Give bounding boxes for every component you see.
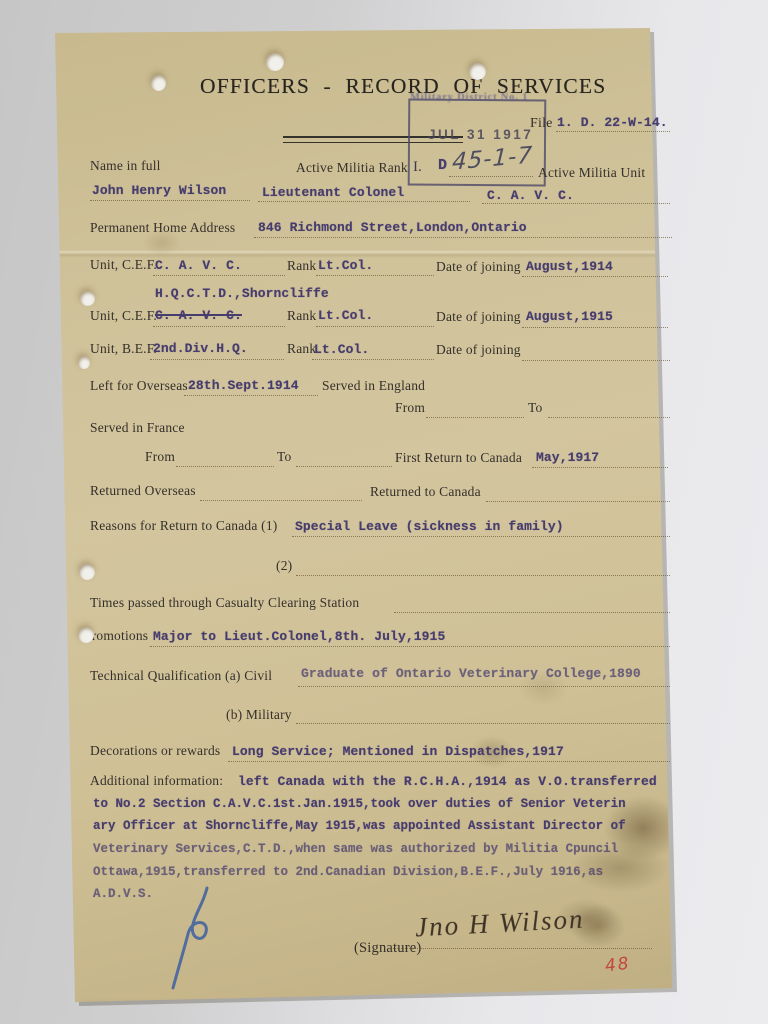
blue-ink-mark [165,882,225,994]
rank2-value: Lt.Col. [318,309,373,323]
dotted-line [298,685,670,687]
dotted-line [296,722,670,724]
qualification-military-label: (b) Military [226,708,292,723]
unit-label: Active Militia Unit [538,166,645,181]
stamp-prefix: I. [413,159,422,176]
dotted-line [153,274,285,276]
additional-line-3: ary Officer at Shorncliffe,May 1915,was … [93,820,626,834]
stamp-letter: D [438,158,447,175]
left-overseas-value: 28th.Sept.1914 [188,379,299,393]
punch-hole [151,75,166,91]
dotted-line [522,326,668,328]
additional-line-5: Ottawa,1915,transferred to 2nd.Canadian … [93,866,603,880]
left-overseas-label: Left for Overseas [90,379,188,394]
unit-cef1-label: Unit, C.E.F. [90,258,157,273]
unit-cef1-value: C. A. V. C. [155,259,242,273]
england-from-label: From [395,401,425,416]
dotted-line [388,947,652,949]
rank2-label: Rank [287,309,316,324]
dotted-line [449,175,533,177]
reasons-label-2: (2) [276,559,292,574]
punch-hole [80,291,95,306]
unit-cef2-value: C. A. V. C. [155,309,242,323]
dotted-line [522,275,668,277]
dotted-line [292,535,670,537]
name-label: Name in full [90,159,161,174]
dotted-line [200,499,362,501]
photo-background: OFFICERS - RECORD OF SERVICES Military D… [0,0,768,1024]
dotted-line [394,611,670,613]
additional-label: Additional information: [90,774,223,789]
dotted-line [486,500,670,502]
joining3-label: Date of joining [436,343,521,358]
first-return-label: First Return to Canada [395,451,522,466]
dotted-line [316,274,434,276]
address-value: 846 Richmond Street,London,Ontario [258,221,527,235]
dotted-line [176,465,274,467]
reasons-label: Reasons for Return to Canada (1) [90,519,277,534]
dotted-line [258,200,470,202]
page-number: 48 [604,954,632,977]
dotted-line [482,202,670,204]
handwritten-signature: Jno H Wilson [414,904,585,944]
served-france-label: Served in France [90,421,185,436]
dotted-line [296,574,670,576]
date-stamp: JUL 31 1917 [428,127,533,142]
page-title: OFFICERS - RECORD OF SERVICES [200,74,606,99]
first-return-value: May,1917 [536,451,599,465]
dotted-line [312,358,434,360]
additional-line-2: to No.2 Section C.A.V.C.1st.Jan.1915,too… [93,798,626,812]
qualification-label: Technical Qualification (a) Civil [90,669,272,684]
returned-canada-label: Returned to Canada [370,485,481,500]
rank1-value: Lt.Col. [318,259,373,273]
additional-line-6: A.D.V.S. [93,888,153,902]
rank1-label: Rank [287,259,316,274]
promotions-value: Major to Lieut.Colonel,8th. July,1915 [153,630,445,644]
unit-bef-label: Unit, B.E.F. [90,342,157,357]
dotted-line [532,466,668,468]
dotted-line [296,465,392,467]
rank3-value: Lt.Col. [314,343,369,357]
france-to-label: To [277,450,291,465]
dotted-line [153,325,285,327]
dotted-line [150,645,670,647]
france-from-label: From [145,450,175,465]
dotted-line [316,325,434,327]
dotted-line [522,359,670,361]
casualty-label: Times passed through Casualty Clearing S… [90,596,359,611]
joining2-value: August,1915 [526,310,613,324]
punch-hole [78,627,94,643]
joining2-label: Date of joining [436,310,521,325]
joining1-label: Date of joining [436,260,521,275]
dotted-line [150,358,284,360]
address-label: Permanent Home Address [90,221,235,236]
dotted-line [254,236,672,238]
served-england-label: Served in England [322,379,425,394]
unit-cef2-note: H.Q.C.T.D.,Shorncliffe [155,287,329,301]
punch-hole [78,356,90,369]
rank-value: Lieutenant Colonel [262,186,404,200]
qualification-civil-value: Graduate of Ontario Veterinary College,1… [301,667,641,681]
file-value: 1. D. 22-W-14. [557,116,668,130]
decorations-value: Long Service; Mentioned in Dispatches,19… [232,745,564,759]
dotted-line [228,760,670,762]
dotted-line [548,416,670,418]
document-content: OFFICERS - RECORD OF SERVICES Military D… [0,0,768,1024]
dotted-line [426,416,524,418]
unit-bef-value: 2nd.Div.H.Q. [153,342,248,356]
england-to-label: To [528,401,542,416]
rank3-label: Rank [287,342,316,357]
punch-hole [469,63,486,80]
punch-hole [79,564,95,580]
district-stamp-text: Military District No. 1 [410,92,528,103]
rank-label: Active Militia Rank [296,161,408,176]
additional-line-1: left Canada with the R.C.H.A.,1914 as V.… [238,775,657,789]
dotted-line [556,130,670,132]
name-value: John Henry Wilson [92,184,226,198]
additional-line-4: Veterinary Services,C.T.D.,when same was… [93,843,618,857]
dotted-line [184,394,318,396]
joining1-value: August,1914 [526,260,613,274]
returned-overseas-label: Returned Overseas [90,484,196,499]
decorations-label: Decorations or rewards [90,744,220,759]
unit-cef2-label: Unit, C.E.F. [90,309,157,324]
dotted-line [90,199,250,201]
reasons-value: Special Leave (sickness in family) [295,520,564,534]
punch-hole [266,53,284,71]
file-label: File [530,116,553,131]
